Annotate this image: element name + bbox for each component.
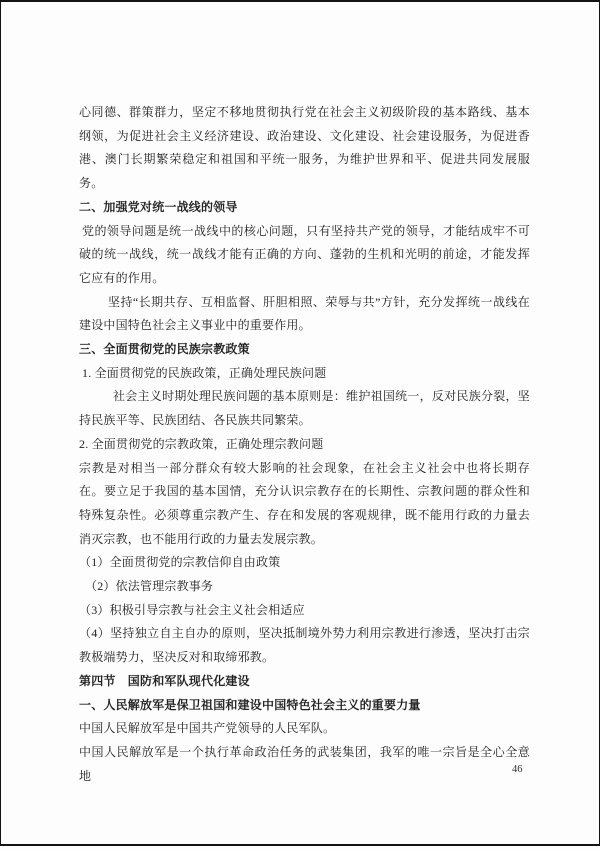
paragraph-pla-party-led: 中国人民解放军是中国共产党领导的人民军队。 [79,717,530,741]
paragraph-united-front-continuation: 心同德、群策群力，坚定不移地贯彻执行党在社会主义初级阶段的基本路线、基本纲领，为… [79,101,530,196]
heading-pla-important-force: 一、人民解放军是保卫祖国和建设中国特色社会主义的重要力量 [79,694,530,718]
subheading-religious-policy: 2. 全面贯彻党的宗教政策，正确处理宗教问题 [79,433,530,457]
list-item-independence-principle: （4）坚持独立自主自办的原则，坚决抵制境外势力利用宗教进行渗透，坚决打击宗教极端… [79,622,530,669]
section-heading-national-defense: 第四节 国防和军队现代化建设 [79,670,530,694]
heading-strengthen-party-leadership: 二、加强党对统一战线的领导 [79,196,530,220]
paragraph-eight-char-principle: 坚持“长期共存、互相监督、肝胆相照、荣辱与共”方针，充分发挥统一战线在建设中国特… [79,291,530,338]
page-body-text: 心同德、群策群力，坚定不移地贯彻执行党在社会主义初级阶段的基本路线、基本纲领，为… [79,101,530,788]
page-number: 46 [512,763,523,777]
list-item-religious-freedom: （1）全面贯彻党的宗教信仰自由政策 [79,551,530,575]
list-item-guide-adaptation: （3）积极引导宗教与社会主义社会相适应 [79,599,530,623]
paragraph-ethnic-principles: 社会主义时期处理民族问题的基本原则是：维护祖国统一，反对民族分裂，坚持民族平等、… [79,385,530,432]
document-page: 心同德、群策群力，坚定不移地贯彻执行党在社会主义初级阶段的基本路线、基本纲领，为… [0,0,600,849]
heading-ethnic-religious-policy: 三、全面贯彻党的民族宗教政策 [79,338,530,362]
subheading-ethnic-policy: 1. 全面贯彻党的民族政策，正确处理民族问题 [79,362,530,386]
paragraph-religion-phenomenon: 宗教是对相当一部分群众有较大影响的社会现象，在社会主义社会中也将长期存在。要立足… [79,457,530,552]
list-item-manage-by-law: （2）依法管理宗教事务 [79,575,530,599]
paragraph-pla-revolutionary-tasks: 中国人民解放军是一个执行革命政治任务的武装集团，我军的唯一宗旨是全心全意地 [79,741,530,788]
paragraph-party-leadership-core: 党的领导问题是统一战线中的核心问题，只有坚持共产党的领导，才能结成牢不可破的统一… [79,220,530,291]
